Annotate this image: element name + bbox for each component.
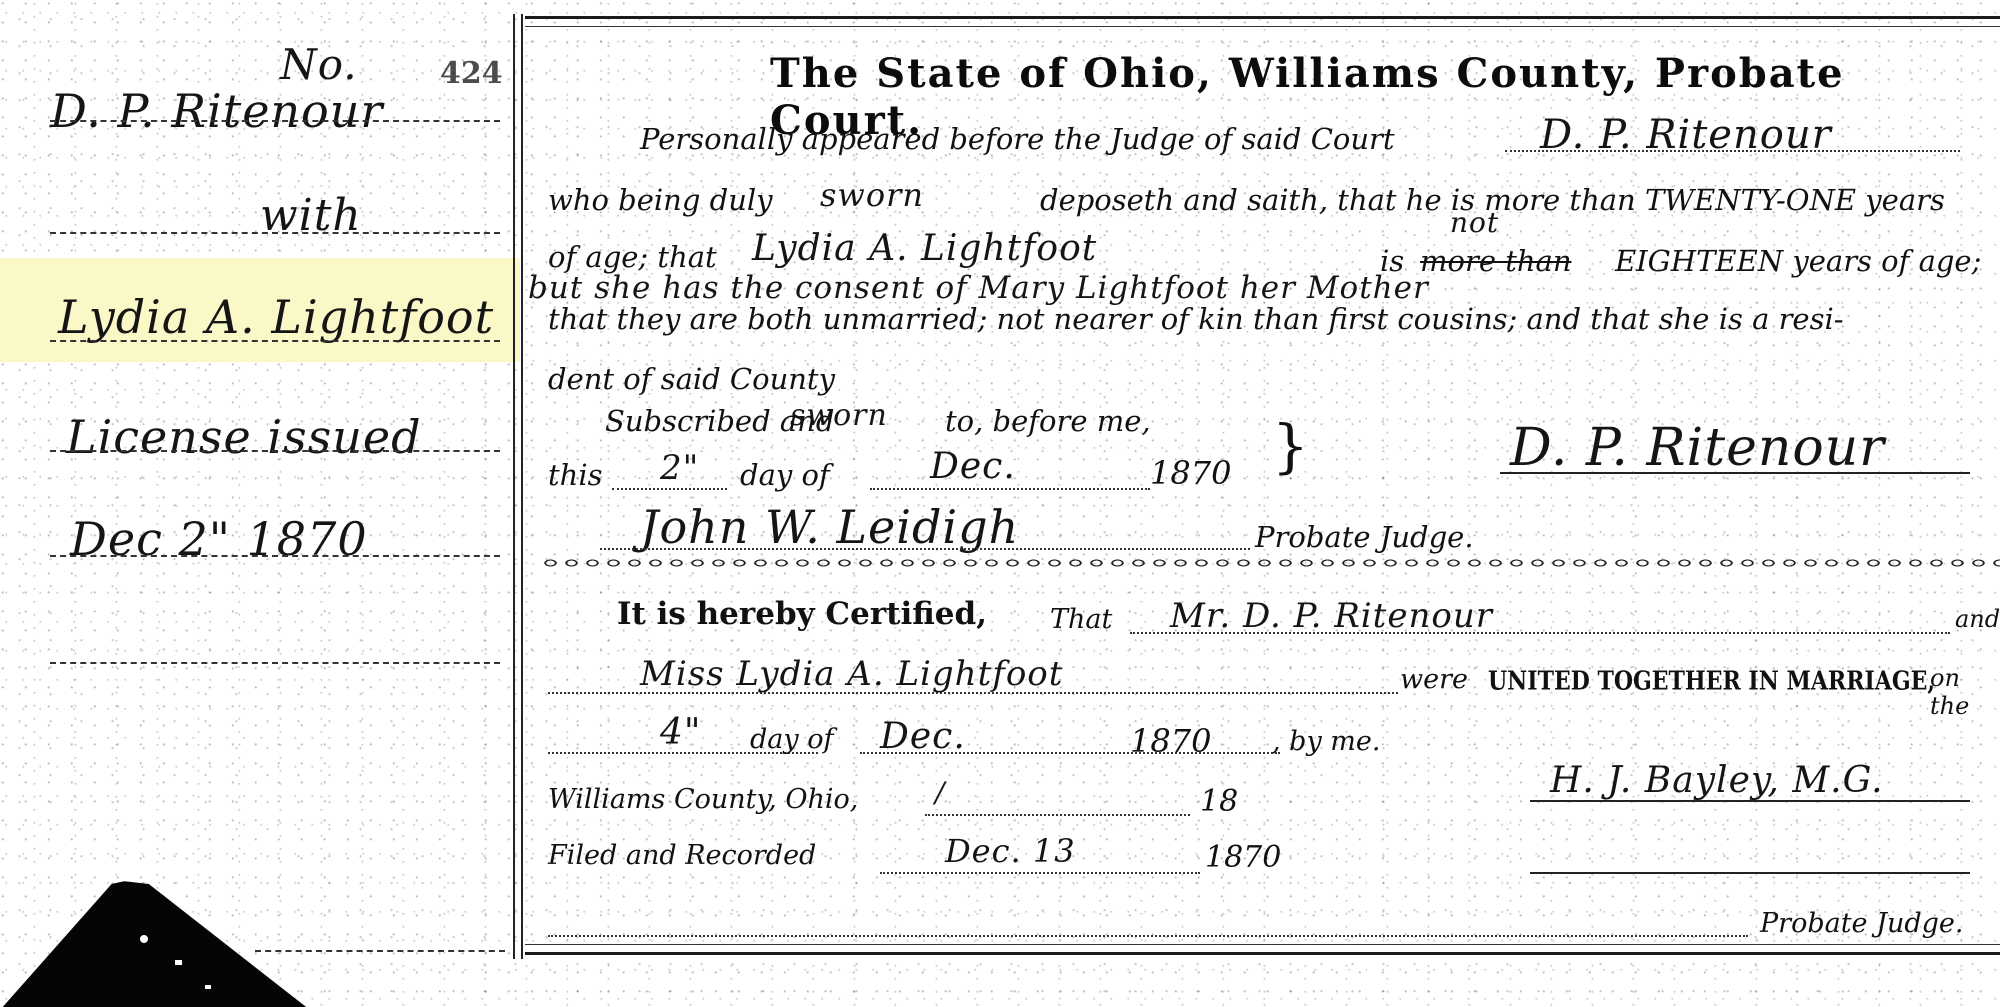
judge-title: Probate Judge.	[1255, 520, 1474, 554]
signature-line	[1530, 800, 1970, 802]
signature-line	[1530, 872, 1970, 874]
filed-date: Dec. 13	[945, 832, 1076, 870]
county-year-prefix: 18	[1200, 784, 1238, 819]
footer-probate-judge-title: Probate Judge.	[1760, 908, 1963, 939]
top-border-rule	[525, 16, 2000, 19]
record-number: 424	[440, 56, 503, 91]
certificate-day: 4"	[660, 712, 701, 753]
fill-line	[548, 692, 1398, 694]
stub-groom-name: D. P. Ritenour	[50, 84, 383, 138]
on-the-label: on the	[1930, 664, 2000, 720]
stub-line	[255, 950, 505, 952]
fill-line	[1130, 632, 1950, 634]
stub-line	[50, 662, 500, 664]
scan-speck	[175, 960, 182, 965]
affidavit-applicant: D. P. Ritenour	[1540, 112, 1832, 158]
scan-speck	[140, 935, 148, 943]
stub-issue-date: Dec 2" 1870	[70, 512, 368, 566]
fill-line	[925, 814, 1190, 816]
affidavit-sworn: sworn	[820, 176, 924, 214]
subscribed-suffix: to, before me,	[945, 404, 1151, 438]
stub-line	[50, 340, 500, 342]
fill-line	[548, 935, 1748, 937]
affidavit-line3-suffix: EIGHTEEN years of age;	[1615, 244, 1981, 278]
certificate-month: Dec.	[880, 716, 966, 757]
stub-line	[50, 232, 500, 234]
fill-line	[860, 752, 1280, 754]
that-label: That	[1050, 604, 1112, 635]
scan-speck	[205, 985, 211, 989]
county-label: Williams County, Ohio,	[548, 784, 858, 815]
filed-label: Filed and Recorded	[548, 840, 816, 871]
certificate-heading: It is hereby Certified,	[617, 596, 987, 632]
record-stub: No. 424 D. P. Ritenour with Lydia A. Lig…	[0, 0, 520, 1007]
affidavit-month: Dec.	[930, 446, 1016, 487]
stub-line	[50, 450, 500, 452]
certificate-year: 1870	[1130, 722, 1211, 760]
affidavit-line3-prefix: of age; that	[548, 240, 717, 274]
fill-line	[612, 488, 727, 490]
this-label: this	[548, 458, 603, 492]
affidavit-interlineation: but she has the consent of Mary Lightfoo…	[528, 270, 1429, 306]
certificate-bride: Miss Lydia A. Lightfoot	[640, 654, 1063, 694]
by-me-label: , by me.	[1272, 726, 1380, 757]
day-of-label: day of	[740, 458, 830, 492]
brace: }	[1272, 412, 1309, 480]
affidavit-day: 2"	[660, 448, 699, 488]
stub-divider-rule	[513, 14, 523, 959]
stub-line	[50, 120, 500, 122]
judge-signature: John W. Leidigh	[640, 500, 1019, 554]
top-border-rule-inner	[525, 26, 2000, 27]
stub-status: License issued	[66, 410, 422, 464]
county-date: /	[935, 776, 945, 809]
stub-line	[50, 555, 500, 557]
united-text: UNITED TOGETHER IN MARRIAGE,	[1488, 665, 1935, 696]
affidavit-year: 1870	[1150, 454, 1231, 492]
affidavit-struck-text: more than	[1420, 244, 1572, 278]
affidavit-line2-prefix: who being duly	[548, 183, 773, 217]
affidavit-line5: dent of said County	[548, 362, 835, 396]
filed-year: 1870	[1205, 840, 1281, 875]
certificate-day-of-label: day of	[750, 724, 833, 755]
certificate-groom: Mr. D. P. Ritenour	[1170, 596, 1493, 636]
subscribed-sworn: sworn	[790, 398, 888, 433]
affidavit-line1: Personally appeared before the Judge of …	[640, 122, 1395, 156]
applicant-signature: D. P. Ritenour	[1510, 418, 1885, 478]
record-number-label: No.	[280, 40, 358, 89]
fill-line	[870, 488, 1150, 490]
were-label: were	[1400, 664, 1468, 695]
fill-line	[880, 872, 1200, 874]
stub-bride-name: Lydia A. Lightfoot	[58, 290, 494, 344]
officiant-signature: H. J. Bayley, M.G.	[1550, 760, 1884, 801]
bottom-border-rule-inner	[525, 944, 2000, 945]
affidavit-bride: Lydia A. Lightfoot	[752, 228, 1097, 269]
affidavit-insertion: not	[1450, 206, 1499, 239]
bottom-border-rule	[525, 952, 2000, 955]
signature-line	[1500, 472, 1970, 474]
and-label: and	[1955, 605, 2000, 633]
affidavit-line4: that they are both unmarried; not nearer…	[548, 302, 1844, 336]
fill-line	[600, 548, 1250, 550]
chain-ornament-divider	[540, 556, 2000, 570]
